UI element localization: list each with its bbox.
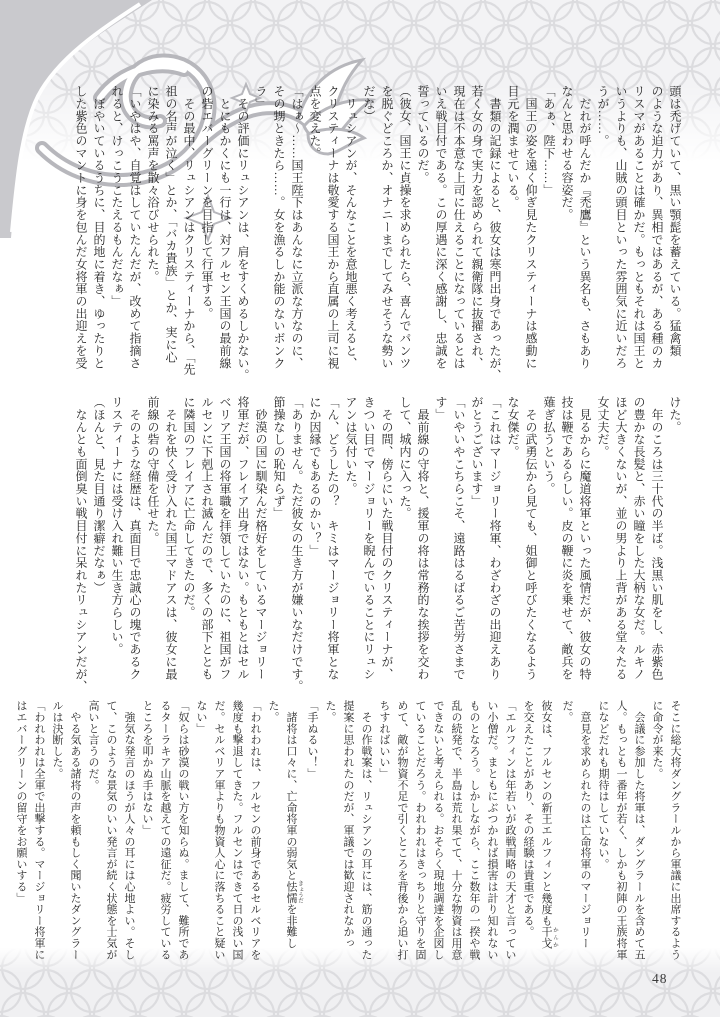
text-line: 幾度も撃退してきた。フルセンはできて日の浅い国 — [228, 700, 246, 968]
text-line: な女傑だ。 — [504, 396, 522, 696]
text-line: ものとなろう。しかしながら、ここ数年の一揆や戦 — [465, 700, 483, 968]
text-line: なんと思わせる容姿だ。 — [558, 85, 576, 385]
text-line: 「これはマージョリー将軍、わざわざの出迎えあり — [486, 396, 504, 696]
text-line: い小僧だ。まともにぶつかれば損害は計り知れない — [483, 700, 501, 968]
text-line: できないと考えられる。おそらく現地調達を企図し — [429, 700, 447, 968]
text-line: 彼女は、フルセンの新王エルフィンと幾度も干戈かんか — [537, 700, 558, 968]
text-band-1: 頭は禿げていて、黒い顎髭を蓄えている。猛禽類のような迫力があり、異相ではあるが、… — [70, 85, 684, 385]
text-line: ぼやいているうちに、目的地に着き、ゆったりと — [90, 85, 108, 385]
page-number: 48 — [652, 971, 668, 987]
text-line: 砂漠の国に馴染んだ格好をしているマージョリー — [252, 396, 270, 696]
text-band-3: そこに総大将ダングラールから軍議に出席するように命令が来た。 会議に参加した将軍… — [70, 700, 684, 968]
text-line: 「われわれは、フルセンの前身であるセルベリアを — [246, 700, 264, 968]
text-line: 女丈夫だ。 — [594, 396, 612, 696]
text-line: 将軍だが、フレイア出身ではない。もともとはセル — [234, 396, 252, 696]
text-line: 前線の砦の守備を任せた。 — [144, 396, 162, 696]
text-line: 諸将は口々に、亡命将軍の弱気と怯懦きょうだを非難した。 — [264, 700, 303, 968]
text-line: 点を変えた。 — [306, 85, 324, 385]
text-line: にか因縁でもあるのかい？」 — [306, 396, 324, 696]
text-line: に染みる罵声を散々浴びせられた。 — [144, 85, 162, 385]
text-line: リュシアンが、そんなことを意地悪く考えると、 — [342, 85, 360, 385]
text-line: ちすればいい」 — [375, 700, 393, 968]
text-line: 「エルフィンは年若いが政戦両略の天才と言ってい — [501, 700, 519, 968]
text-line: その間、傍らにいた戦目付のクリスティーナが、 — [378, 396, 396, 696]
text-line: 国王の姿を遠く仰ぎ見たクリスティーナは感動に — [522, 85, 540, 385]
text-line: その最中、リュシアンはクリスティーナから、「先 — [180, 85, 198, 385]
text-line: て、このような景気のいい発言が続く状態を士気が — [102, 700, 120, 968]
ruby-annotation: 怯懦きょうだ — [285, 881, 297, 904]
text-line: 節操なしの恥知らず」 — [270, 396, 288, 696]
text-line: ていることだろう。われわれはきっちりと守りを固 — [411, 700, 429, 968]
text-line: ルセンに下剋上され滅んだので、多くの部下ととも — [198, 396, 216, 696]
text-line: に命令が来た。 — [648, 700, 666, 968]
text-line: だ。セルベリア軍よりも物資人心に落ちること疑い — [210, 700, 228, 968]
text-line: 提案に思われたのだが、軍議では歓迎されなかった。 — [321, 700, 357, 968]
text-line: （ほんと、見た目通り潔癖だなぁ） — [90, 396, 108, 696]
text-line: 「はぁ〜……国王陛下はあんなに立派な方なのに、 — [288, 85, 306, 385]
text-line: 書類の記録によると、彼女は寒門出身であったが、 — [486, 85, 504, 385]
text-line: がとうございます」 — [468, 396, 486, 696]
text-line: リスマがあることは確かだ。もっともそれは国王と — [630, 85, 648, 385]
text-line: 最前線の守将と、援軍の将は常務的な挨拶を交わ — [414, 396, 432, 696]
text-line: 「われわれは全軍で出撃する。マージョリー将軍に — [30, 700, 48, 968]
text-line: 「いやはや、自覚はしていたんだが、改めて指摘さ — [126, 85, 144, 385]
text-line: 「ありません。ただ彼女の生き方が嫌いなだけです。 — [288, 396, 306, 696]
text-band-2: けた。 年のころは三十代の半ば。浅黒い肌をし、赤紫色の豊かな長髪と、赤い瞳をした… — [70, 396, 684, 696]
text-line: その甥ときたら……。女を漁るしか能のないボンク — [270, 85, 288, 385]
text-line: の豊かな長髪と、赤い瞳をした大柄な女だ。ルキノ — [630, 396, 648, 696]
text-line: いえ戦目付である。この厚遇に深く感謝し、忠誠を — [432, 85, 450, 385]
text-line: 人。もっとも一番年が若く、しかも初陣の王族将軍 — [612, 700, 630, 968]
text-line: ラ」 — [252, 85, 270, 385]
text-line: のような迫力があり、異相ではあるが、ある種のカ — [648, 85, 666, 385]
text-line: 頭は禿げていて、黒い顎髭を蓄えている。猛禽類 — [666, 85, 684, 385]
text-line: その武勇伝から見ても、姐御と呼びたくなるよう — [522, 396, 540, 696]
text-line: うが……。 — [594, 85, 612, 385]
text-line: 強気な発言のほうが人々の耳には心地よい。そし — [120, 700, 138, 968]
text-line: 乱の続発で、半島は荒れ果てて、十分な物資は用意 — [447, 700, 465, 968]
text-line: 祖の名声が泣く」とか、「バカ貴族」とか、実に心 — [162, 85, 180, 385]
text-line: れると、けっこうこたえるもんだなぁ」 — [108, 85, 126, 385]
text-line: 技は鞭であるらしい。皮の鞭に炎を乗せて、敵兵を — [558, 396, 576, 696]
ruby-annotation: 干戈かんか — [540, 926, 552, 949]
text-line: だれが呼んだか『禿鷹』という異名も、さもあり — [576, 85, 594, 385]
text-line: とにもかくにも一行は、対フルセン王国の最前線 — [216, 85, 234, 385]
text-line: ルは決断した。 — [48, 700, 66, 968]
text-line: ない」 — [192, 700, 210, 968]
text-line: その作戦案は、リュシアンの耳には、筋の通った — [357, 700, 375, 968]
text-line: す」 — [432, 396, 450, 696]
text-line: 「奴らは砂漠の戦い方を知らぬ。まして、難所であ — [174, 700, 192, 968]
text-line: になどだれも期待はしていない。 — [594, 700, 612, 968]
text-line: リスティーナには受け入れ難い生き方らしい。 — [108, 396, 126, 696]
text-line: はエバーグリーンの留守をお願いする」 — [12, 700, 30, 968]
text-line: ほど大きくないが、並の男より上背がある堂々たる — [612, 396, 630, 696]
text-line: 年のころは三十代の半ば。浅黒い肌をし、赤紫色 — [648, 396, 666, 696]
text-line: （彼女、国王に貞操を求められたら、喜んでパンツ — [396, 85, 414, 385]
text-line: ところを叩かぬ手はない」 — [138, 700, 156, 968]
text-line: アンは気付いた。 — [342, 396, 360, 696]
text-line: そこに総大将ダングラールから軍議に出席するよう — [666, 700, 684, 968]
text-line: けた。 — [666, 396, 684, 696]
text-line: 若く女の身で実力を認められて親衛隊に抜擢され、 — [468, 85, 486, 385]
text-line: に隣国のフレイアに亡命してきたのだ。 — [180, 396, 198, 696]
text-line: クリスティーナは敬愛する国王から直属の上司に視 — [324, 85, 342, 385]
text-line: なんとも面倒臭い戦目付に呆れたリュシアンだが、 — [72, 396, 90, 696]
text-line: 「あぁ、陛下……」 — [540, 85, 558, 385]
text-line: 意見を求められたのは亡命将軍のマージョリーだ。 — [558, 700, 594, 968]
text-line: 会議に参加した将軍は、ダングラールを含めて五 — [630, 700, 648, 968]
text-line: 高いと言うのだ。 — [84, 700, 102, 968]
text-line: やる気ある諸将の声を頼もしく聞いたダングラー — [66, 700, 84, 968]
text-line: 「ん、どうしたの？ キミはマージョリー将軍とな — [324, 396, 342, 696]
text-line: 現在は不本意な上司に仕えることになっているとは — [450, 85, 468, 385]
reader-page[interactable]: 頭は禿げていて、黒い顎髭を蓄えている。猛禽類のような迫力があり、異相ではあるが、… — [0, 0, 720, 1017]
text-line: を脱ぐどころか、オナニーまでしてみせそうな勢い — [378, 85, 396, 385]
text-line: それを快く受け入れた国王マドアスは、彼女に最 — [162, 396, 180, 696]
text-line: めて、敵が物資不足で引くところを背後から追い打 — [393, 700, 411, 968]
text-line: 目元を潤ませている。 — [504, 85, 522, 385]
text-line: 見るからに魔道将軍といった風情だが、彼女の特 — [576, 396, 594, 696]
text-line: だな） — [360, 85, 378, 385]
text-line: した紫色のマントに身を包んだ女将軍の出迎えを受 — [72, 85, 90, 385]
text-line: きつい目でマージョリーを睨んでいることにリュシ — [360, 396, 378, 696]
text-line: して、城内に入った。 — [396, 396, 414, 696]
text-line: 「手ぬるい！」 — [303, 700, 321, 968]
text-line: そのような経歴は、真面目で忠誠心の塊であるク — [126, 396, 144, 696]
text-line: 薙ぎ払うという。 — [540, 396, 558, 696]
text-line: いうよりも、山賊の頭目といった雰囲気に近いだろ — [612, 85, 630, 385]
text-line: の砦エバーグリーンを目指して行軍する。 — [198, 85, 216, 385]
text-line: ベリア王国の将軍職を拝領していたのに、祖国がフ — [216, 396, 234, 696]
text-line: るターラキア山脈を越えての遠征だ。疲労している — [156, 700, 174, 968]
text-line: その評価にリュシアンは、肩をすくめるしかない。 — [234, 85, 252, 385]
text-line: 誓っているのだ。 — [414, 85, 432, 385]
text-line: 「いやいやこちらこそ、遠路はるばるご苦労さまで — [450, 396, 468, 696]
text-line: を交えたことがあり、その経験は貴重である。 — [519, 700, 537, 968]
